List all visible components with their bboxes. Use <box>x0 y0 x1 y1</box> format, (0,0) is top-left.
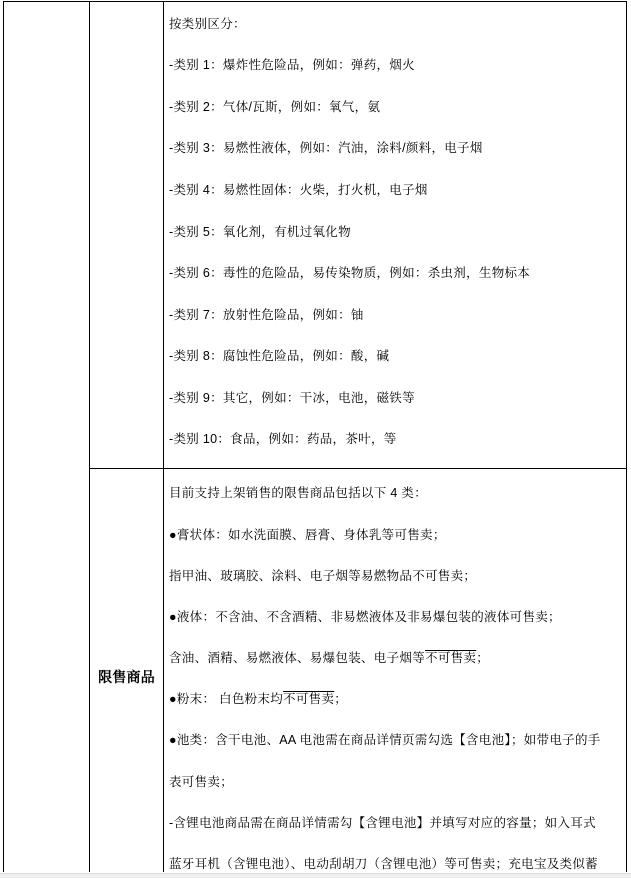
restricted-text-line: ●池类：含干电池、AA 电池需在商品详情页需勾选【含电池】；如带电子的手 <box>169 720 622 761</box>
restricted-goods-label-cell: 限售商品 <box>90 468 164 872</box>
hazard-category-line: -类别 9：其它，例如：干冰，电池，磁铁等 <box>169 377 622 419</box>
restricted-text-line: 指甲油、玻璃胶、涂料、电子烟等易燃物品不可售卖； <box>169 555 622 596</box>
hazard-categories-cell: 按类别区分： -类别 1：爆炸性危险品，例如：弹药，烟火 -类别 2：气体/瓦斯… <box>164 2 626 468</box>
restricted-text-line: 蓝牙耳机（含锂电池）、电动刮胡刀（含锂电池）等可售卖；充电宝及类似蓄 <box>169 844 622 872</box>
hazard-category-line: -类别 2：气体/瓦斯，例如：氧气，氨 <box>169 86 622 128</box>
hazard-category-line: -类别 4：易燃性固体：火柴，打火机，电子烟 <box>169 169 622 211</box>
line-segment: ； <box>334 693 347 706</box>
restricted-text-line: 含油、酒精、易燃液体、易爆包装、电子烟等不可售卖； <box>169 638 622 679</box>
line-segment: 含油、酒精、易燃液体、易爆包装、电子烟等 <box>169 652 425 665</box>
restricted-intro-line: 目前支持上架销售的限售商品包括以下 4 类： <box>169 473 622 514</box>
restricted-text-line: ●粉末： 白色粉末均不可售卖； <box>169 679 622 720</box>
line-segment: ； <box>476 652 489 665</box>
merged-left-column-cell <box>4 2 90 872</box>
row-label-cell-top <box>90 2 164 468</box>
restricted-text-line: ●液体：不含油、不含酒精、非易燃液体及非易爆包装的液体可售卖； <box>169 597 622 638</box>
policy-table: 按类别区分： -类别 1：爆炸性危险品，例如：弹药，烟火 -类别 2：气体/瓦斯… <box>3 1 627 872</box>
hazard-category-line: -类别 5：氧化剂，有机过氧化物 <box>169 211 622 253</box>
overlined-segment: 不可售卖 <box>425 652 476 665</box>
hazard-category-line: -类别 6：毒性的危险品，易传染物质，例如：杀虫剂，生物标本 <box>169 253 622 295</box>
row-label: 限售商品 <box>98 667 155 687</box>
restricted-text-line: -含锂电池商品需在商品详情需勾【含锂电池】并填写对应的容量；如入耳式 <box>169 803 622 844</box>
hazard-category-line: -类别 3：易燃性液体，例如：汽油，涂料/颜料，电子烟 <box>169 128 622 170</box>
restricted-text-line: ●膏状体：如水洗面膜、唇膏、身体乳等可售卖； <box>169 514 622 555</box>
hazard-intro-line: 按类别区分： <box>169 3 622 45</box>
line-segment: ●粉末： 白色粉末均 <box>169 693 283 706</box>
hazard-category-line: -类别 10：食品，例如：药品，茶叶，等 <box>169 419 622 461</box>
hazard-category-line: -类别 8：腐蚀性危险品，例如：酸，碱 <box>169 336 622 378</box>
page-edge-strip <box>0 873 631 878</box>
restricted-text-line: 表可售卖； <box>169 761 622 802</box>
hazard-category-line: -类别 7：放射性危险品，例如：铀 <box>169 294 622 336</box>
hazard-category-line: -类别 1：爆炸性危险品，例如：弹药，烟火 <box>169 45 622 87</box>
overlined-segment: 不可售卖 <box>283 693 334 706</box>
restricted-goods-content-cell: 目前支持上架销售的限售商品包括以下 4 类： ●膏状体：如水洗面膜、唇膏、身体乳… <box>164 468 626 872</box>
